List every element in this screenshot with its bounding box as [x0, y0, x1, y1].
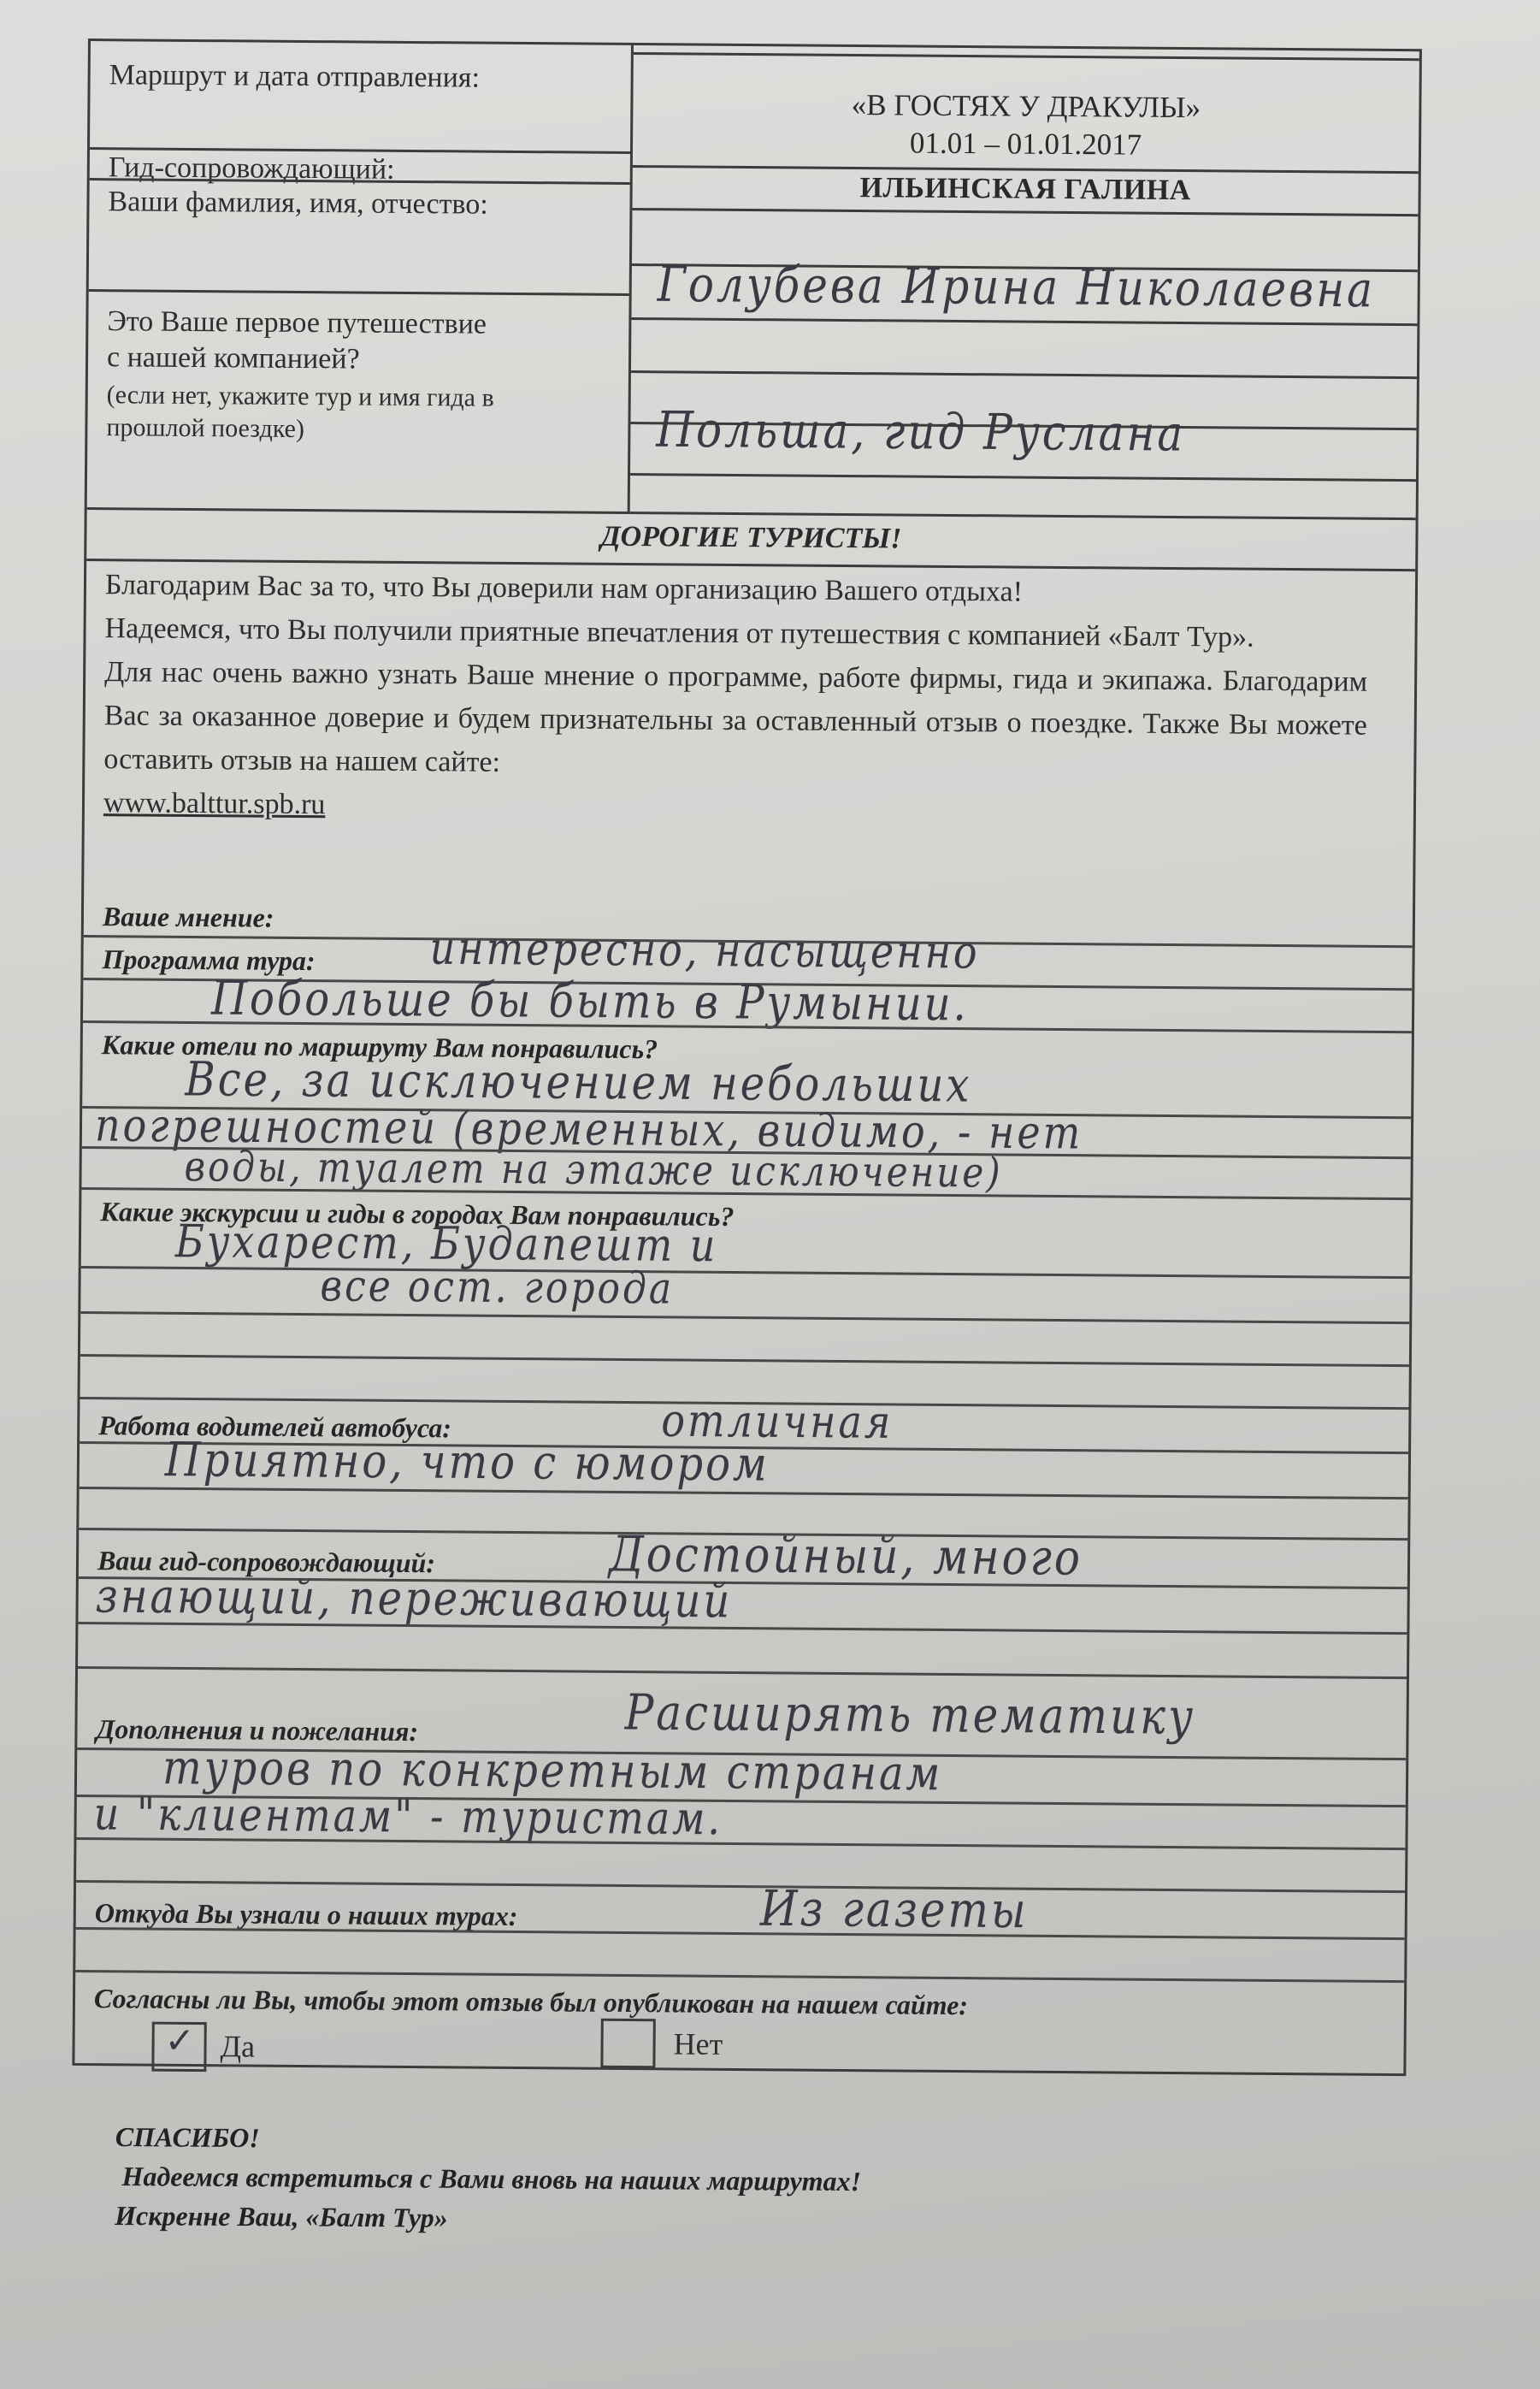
checkmark-icon: ✓: [164, 2019, 195, 2061]
name-underline: [631, 317, 1417, 326]
consent-yes-label: Да: [220, 2028, 255, 2064]
divider: [634, 52, 1419, 61]
guide-name: ИЛЬИНСКАЯ ГАЛИНА: [633, 170, 1419, 209]
rule: [76, 1927, 1405, 1940]
footer-thanks: СПАСИБО!: [115, 2117, 862, 2161]
tour-dates: 01.01 – 01.01.2017: [633, 124, 1419, 164]
feedback-form: Маршрут и дата отправления: Гид-сопровож…: [72, 38, 1422, 2076]
fullname-field[interactable]: Голубева Ирина Николаевна: [658, 256, 1376, 318]
consent-no-label: Нет: [673, 2025, 723, 2061]
source-answer[interactable]: Из газеты: [760, 1880, 1029, 1939]
first-trip-underline: [630, 473, 1416, 482]
rule: [75, 1970, 1404, 1983]
greeting-text: Благодарим Вас за то, что Вы доверили на…: [103, 563, 1368, 835]
fullname-label: Ваши фамилия, имя, отчество:: [108, 185, 488, 222]
rule: [76, 1880, 1405, 1893]
guide-answer-line2[interactable]: знающий, переживающий: [95, 1569, 732, 1629]
rule: [78, 1666, 1407, 1679]
tour-name: «В ГОСТЯХ У ДРАКУЛЫ»: [633, 86, 1419, 127]
feedback-form-sheet: Маршрут и дата отправления: Гид-сопровож…: [0, 0, 1540, 2389]
first-trip-hint-line1: (если нет, укажите тур и имя гида в: [107, 379, 494, 414]
rule: [80, 1354, 1409, 1367]
excursions-answer-line2[interactable]: все ост. города: [320, 1261, 674, 1314]
drivers-answer-line2[interactable]: Приятно, что с юмором: [165, 1433, 770, 1493]
header-labels-column: Маршрут и дата отправления: Гид-сопровож…: [87, 41, 634, 512]
wishes-answer-line3[interactable]: и "клиентам" - туристам.: [93, 1787, 723, 1845]
rule: [81, 1266, 1410, 1279]
website-link[interactable]: www.balttur.spb.ru: [103, 787, 326, 820]
divider: [632, 208, 1418, 216]
program-answer-line1[interactable]: интересно, насыщенно: [429, 921, 979, 979]
wishes-answer-line1[interactable]: Расширять тематику: [624, 1684, 1195, 1746]
rule: [80, 1311, 1409, 1324]
route-label: Маршрут и дата отправления:: [109, 58, 481, 95]
divider: [631, 370, 1417, 379]
first-trip-label-line2: с нашей компанией?: [107, 340, 360, 376]
consent-yes-checkbox[interactable]: ✓: [151, 2022, 206, 2073]
footer: СПАСИБО! Надеемся встретиться с Вами вно…: [115, 2117, 862, 2240]
consent-no-checkbox[interactable]: [600, 2019, 655, 2069]
footer-hope: Надеемся встретиться с Вами вновь на наш…: [115, 2156, 861, 2201]
first-trip-label-line1: Это Ваше первое путешествие: [107, 305, 487, 341]
footer-signoff: Искренне Ваш, «Балт Тур»: [115, 2196, 861, 2240]
header-values-column: «В ГОСТЯХ У ДРАКУЛЫ» 01.01 – 01.01.2017 …: [630, 45, 1419, 517]
first-trip-field[interactable]: Польша, гид Руслана: [656, 401, 1185, 463]
rule: [76, 1837, 1405, 1850]
consent-question: Согласны ли Вы, чтобы этот отзыв был опу…: [94, 1983, 968, 2021]
divider: [89, 289, 629, 296]
opinion-section-title: Ваше мнение:: [103, 901, 274, 934]
rule: [78, 1622, 1407, 1635]
greeting-para-3: Для нас очень важно узнать Ваше мнение о…: [103, 650, 1367, 791]
greeting-title: ДОРОГИЕ ТУРИСТЫ!: [86, 507, 1415, 571]
first-trip-hint-line2: прошлой поездке): [106, 411, 304, 445]
header-table: Маршрут и дата отправления: Гид-сопровож…: [87, 41, 1419, 520]
